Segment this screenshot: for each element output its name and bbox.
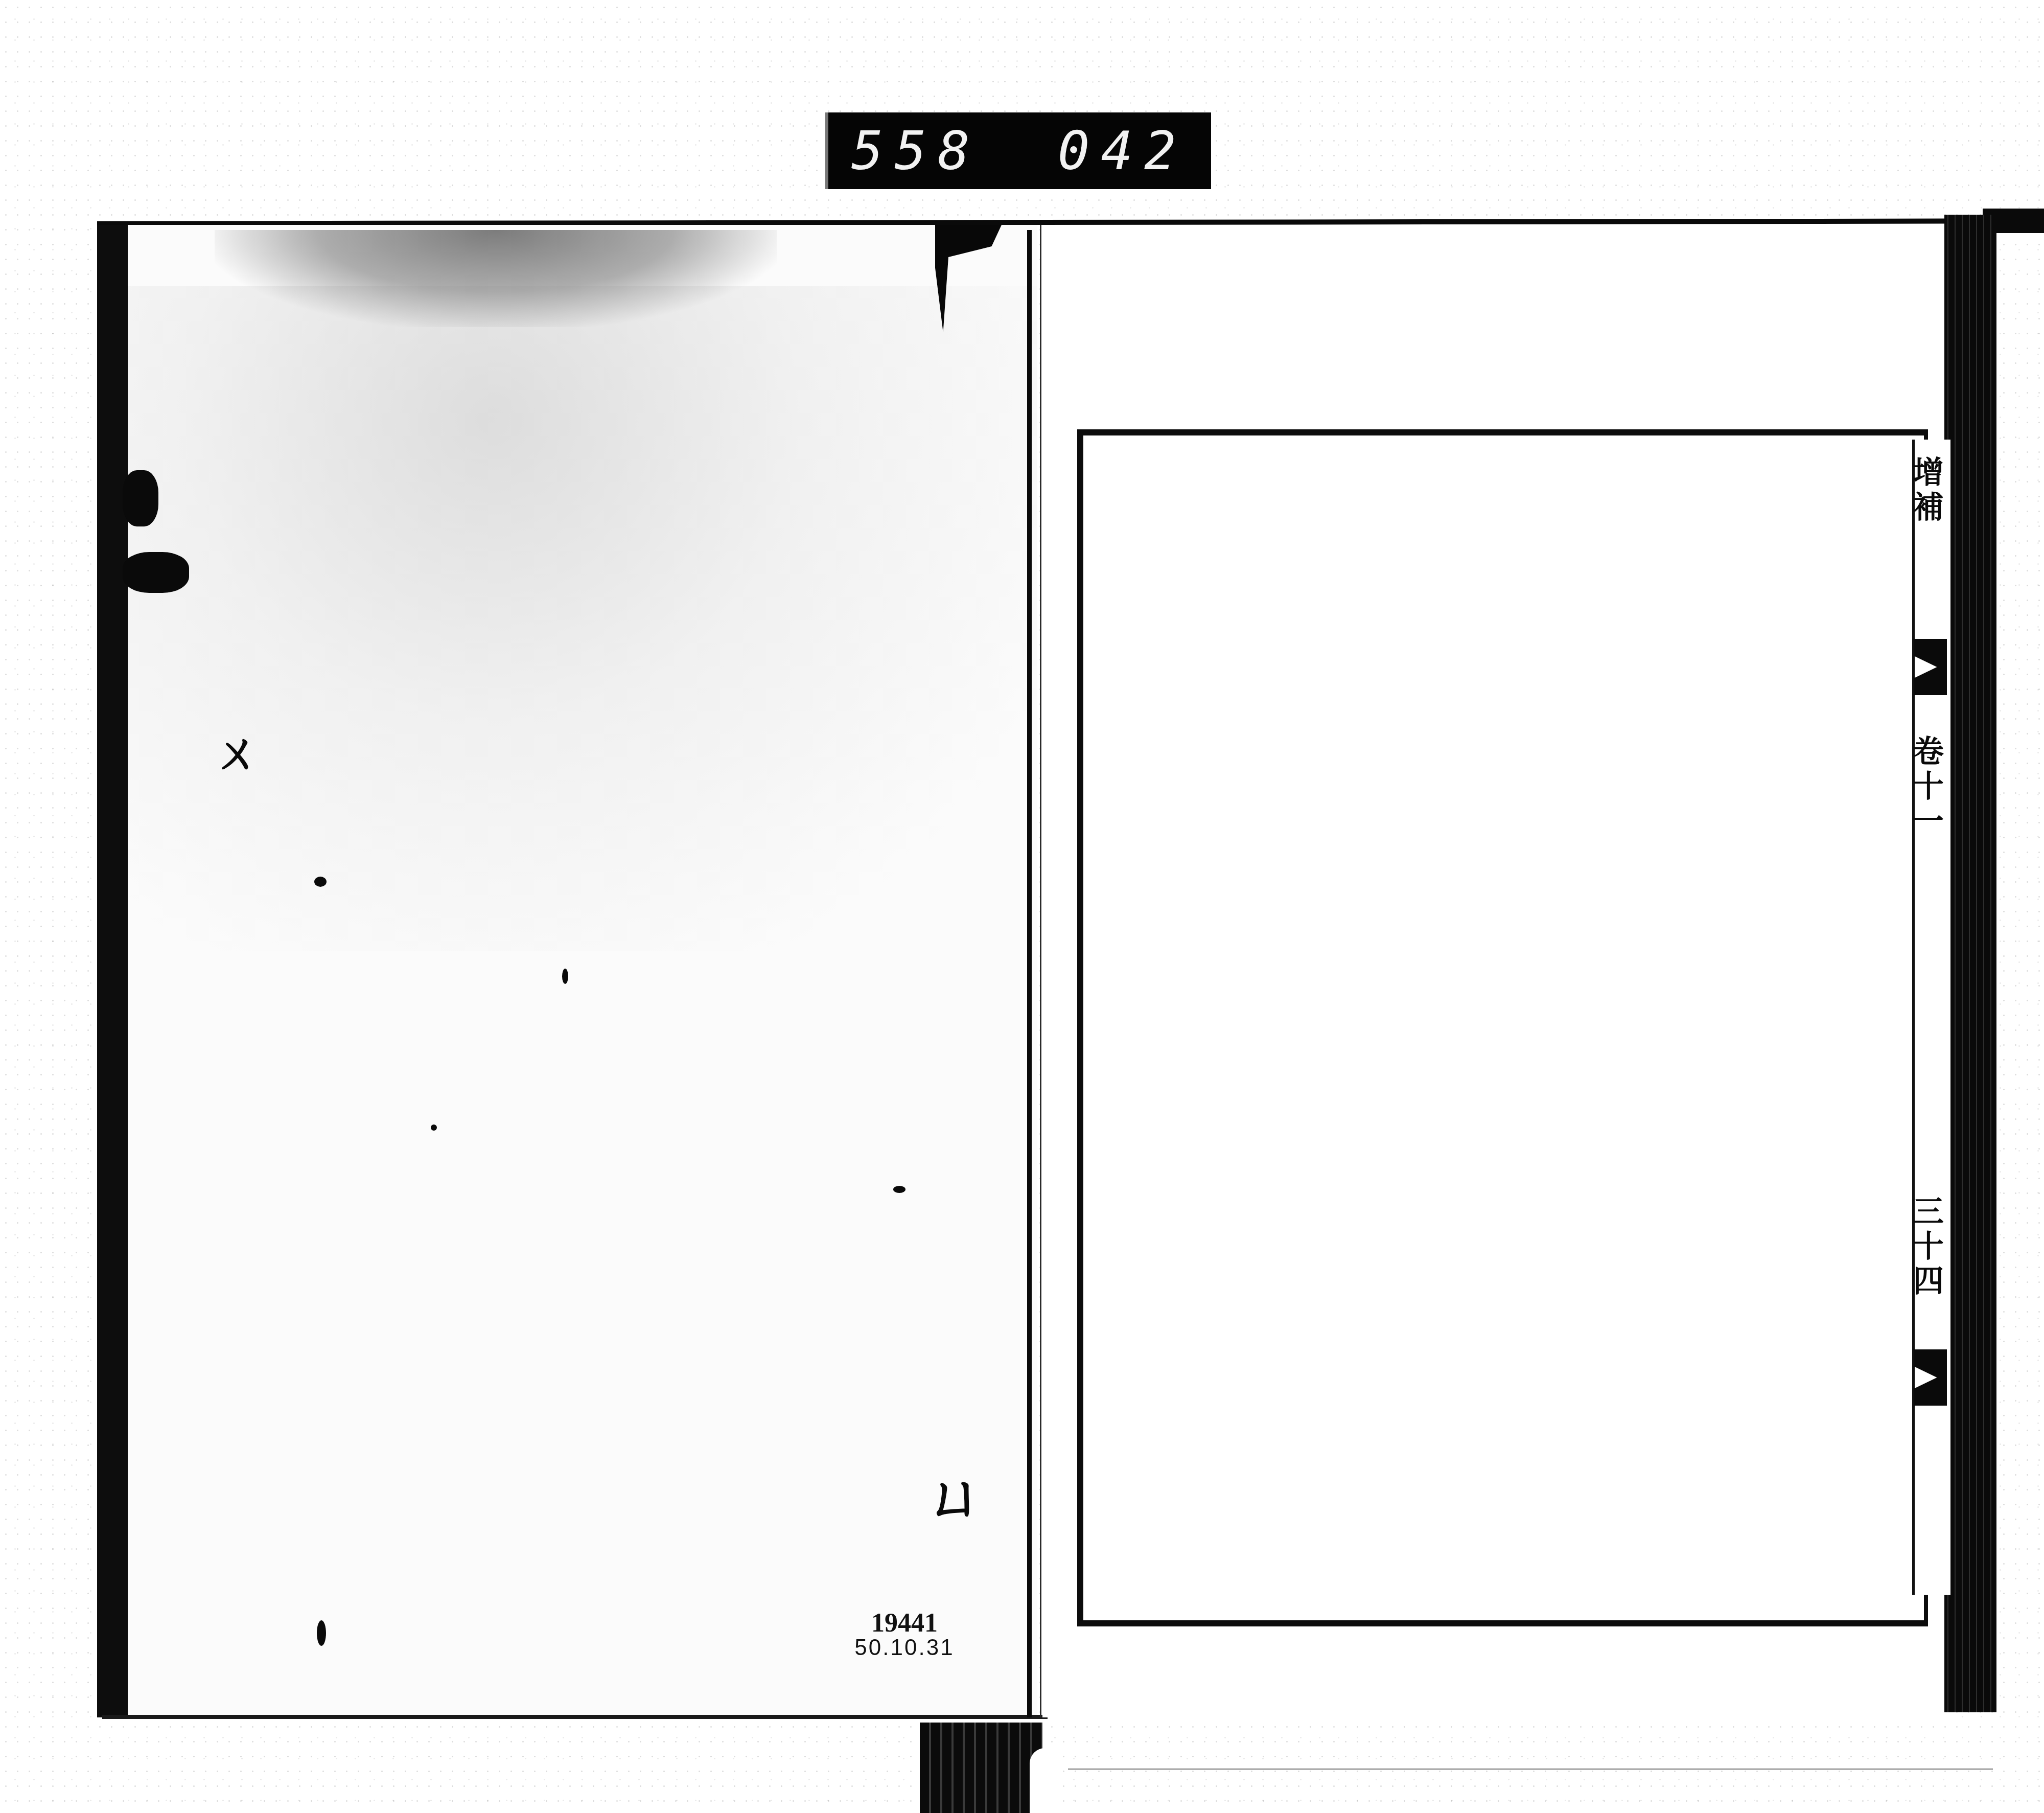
accession-number: 19441 [838,1610,971,1637]
accession-stamp: 19441 50.10.31 [838,1610,971,1659]
ink-squiggle-mark: ㄨ [215,716,261,782]
ink-spot [893,1186,905,1193]
frame-counter-frame: 042 [1058,120,1188,182]
bottom-edge-line [1068,1769,1993,1770]
ink-spot [123,470,158,526]
accession-date: 50.10.31 [838,1637,971,1659]
printed-border-frame [1077,429,1928,1626]
page-block-edge [1944,215,1996,1712]
spine-label-page: 三十四 [1912,1176,1948,1319]
bottom-binding [920,1723,1042,1813]
frame-counter: 558 042 [825,112,1211,189]
ink-spot [314,877,327,887]
spine-label-title: 增補 [1912,445,1948,537]
spine-label-volume: 卷十一 [1912,716,1948,859]
gutter-line-secondary [1040,225,1041,1717]
ink-spot [562,969,568,984]
left-page-bottom-edge [102,1715,1048,1719]
gutter-line [1027,230,1032,1717]
bottom-binding-notch [1030,1748,1060,1813]
spine-label-column [1912,440,1950,1595]
ink-spot [123,552,189,593]
left-cover-edge [97,225,128,1717]
left-page-grain [128,286,1037,951]
ink-spot [317,1620,326,1646]
ink-spot [431,1124,437,1131]
left-page-stain [215,230,777,327]
frame-counter-reel: 558 [851,120,981,182]
ink-squiggle-mark: ㄩ [927,1452,984,1532]
